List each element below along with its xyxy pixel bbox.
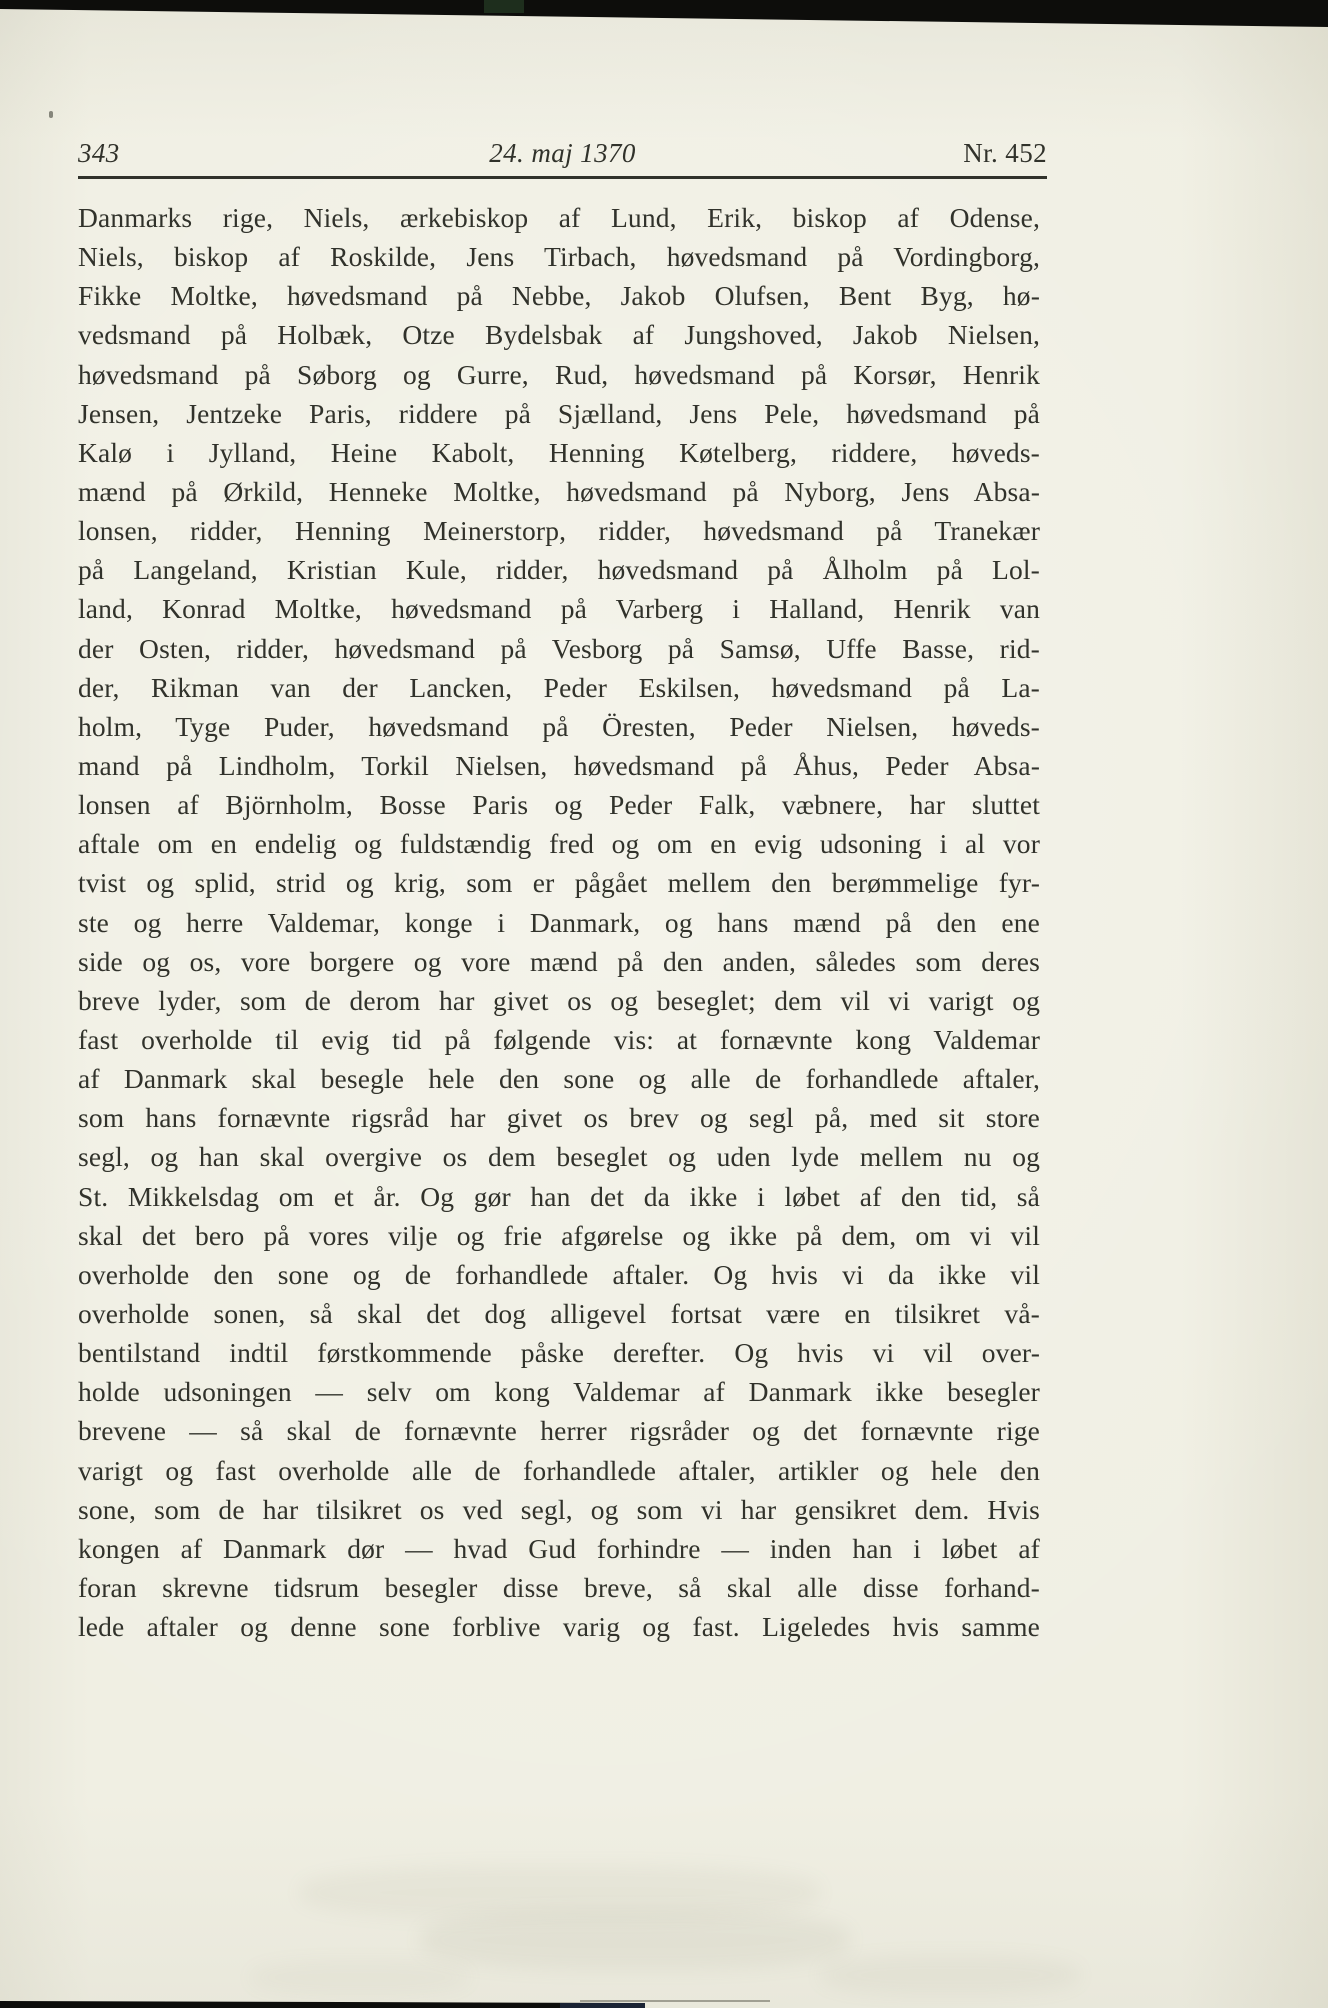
text-line: ste og herre Valdemar, konge i Danmark, … xyxy=(78,903,1040,942)
text-line: af Danmark skal besegle hele den sone og… xyxy=(78,1059,1040,1098)
text-line: varigt og fast overholde alle de forhand… xyxy=(78,1451,1040,1490)
text-line: Danmarks rige, Niels, ærkebiskop af Lund… xyxy=(78,198,1040,237)
text-line: bentilstand indtil førstkommende påske d… xyxy=(78,1333,1040,1372)
text-line: fast overholde til evig tid på følgende … xyxy=(78,1020,1040,1059)
text-line: mand på Lindholm, Torkil Nielsen, høveds… xyxy=(78,746,1040,785)
text-line: breve lyder, som de derom har givet os o… xyxy=(78,981,1040,1020)
text-line: Niels, biskop af Roskilde, Jens Tirbach,… xyxy=(78,237,1040,276)
page-number: 343 xyxy=(78,138,372,169)
text-line: lonsen, ridder, Henning Meinerstorp, rid… xyxy=(78,511,1040,550)
text-line: på Langeland, Kristian Kule, ridder, høv… xyxy=(78,550,1040,589)
text-line: høvedsmand på Søborg og Gurre, Rud, høve… xyxy=(78,355,1040,394)
text-line: holm, Tyge Puder, høvedsmand på Öresten,… xyxy=(78,707,1040,746)
document-number: Nr. 452 xyxy=(753,138,1047,169)
text-line: skal det bero på vores vilje og frie afg… xyxy=(78,1216,1040,1255)
text-line: lede aftaler og denne sone forblive vari… xyxy=(78,1607,1040,1646)
text-line: brevene — så skal de fornævnte herrer ri… xyxy=(78,1411,1040,1450)
scan-edge-bottom-band xyxy=(0,2000,645,2008)
text-line: holde udsoningen — selv om kong Valdemar… xyxy=(78,1372,1040,1411)
text-line: mænd på Ørkild, Henneke Moltke, høvedsma… xyxy=(78,472,1040,511)
text-line: St. Mikkelsdag om et år. Og gør han det … xyxy=(78,1177,1040,1216)
text-line: Jensen, Jentzeke Paris, riddere på Sjæll… xyxy=(78,394,1040,433)
text-line: side og os, vore borgere og vore mænd på… xyxy=(78,942,1040,981)
document-body: Danmarks rige, Niels, ærkebiskop af Lund… xyxy=(78,198,1040,1646)
text-line: som hans fornævnte rigsråd har givet os … xyxy=(78,1098,1040,1137)
text-line: Fikke Moltke, høvedsmand på Nebbe, Jakob… xyxy=(78,276,1040,315)
text-line: tvist og splid, strid og krig, som er på… xyxy=(78,863,1040,902)
scan-edge-top-band xyxy=(0,0,1328,28)
scan-speck xyxy=(49,111,53,118)
text-line: overholde sonen, så skal det dog alligev… xyxy=(78,1294,1040,1333)
show-through-ghost xyxy=(250,1960,470,1995)
header-rule xyxy=(78,176,1047,179)
text-line: foran skrevne tidsrum besegler disse bre… xyxy=(78,1568,1040,1607)
scan-edge-bottom-line xyxy=(580,2000,770,2002)
text-line: land, Konrad Moltke, høvedsmand på Varbe… xyxy=(78,589,1040,628)
text-line: sone, som de har tilsikret os ved segl, … xyxy=(78,1490,1040,1529)
text-line: kongen af Danmark dør — hvad Gud forhind… xyxy=(78,1529,1040,1568)
text-line: segl, og han skal overgive os dem besegl… xyxy=(78,1137,1040,1176)
scanned-book-page: 343 24. maj 1370 Nr. 452 Danmarks rige, … xyxy=(0,0,1328,2008)
text-line: der, Rikman van der Lancken, Peder Eskil… xyxy=(78,668,1040,707)
text-line: der Osten, ridder, høvedsmand på Vesborg… xyxy=(78,629,1040,668)
text-line: aftale om en endelig og fuldstændig fred… xyxy=(78,824,1040,863)
running-header: 343 24. maj 1370 Nr. 452 xyxy=(78,138,1047,169)
show-through-ghost xyxy=(820,1955,1080,1995)
show-through-ghost xyxy=(420,1910,850,1970)
scan-edge-green-streak xyxy=(484,0,524,13)
header-date: 24. maj 1370 xyxy=(372,138,754,169)
text-line: overholde den sone og de forhandlede aft… xyxy=(78,1255,1040,1294)
text-line: lonsen af Björnholm, Bosse Paris og Pede… xyxy=(78,785,1040,824)
text-line: vedsmand på Holbæk, Otze Bydelsbak af Ju… xyxy=(78,315,1040,354)
text-line: Kalø i Jylland, Heine Kabolt, Henning Kø… xyxy=(78,433,1040,472)
scan-edge-blue-streak xyxy=(560,2003,645,2008)
